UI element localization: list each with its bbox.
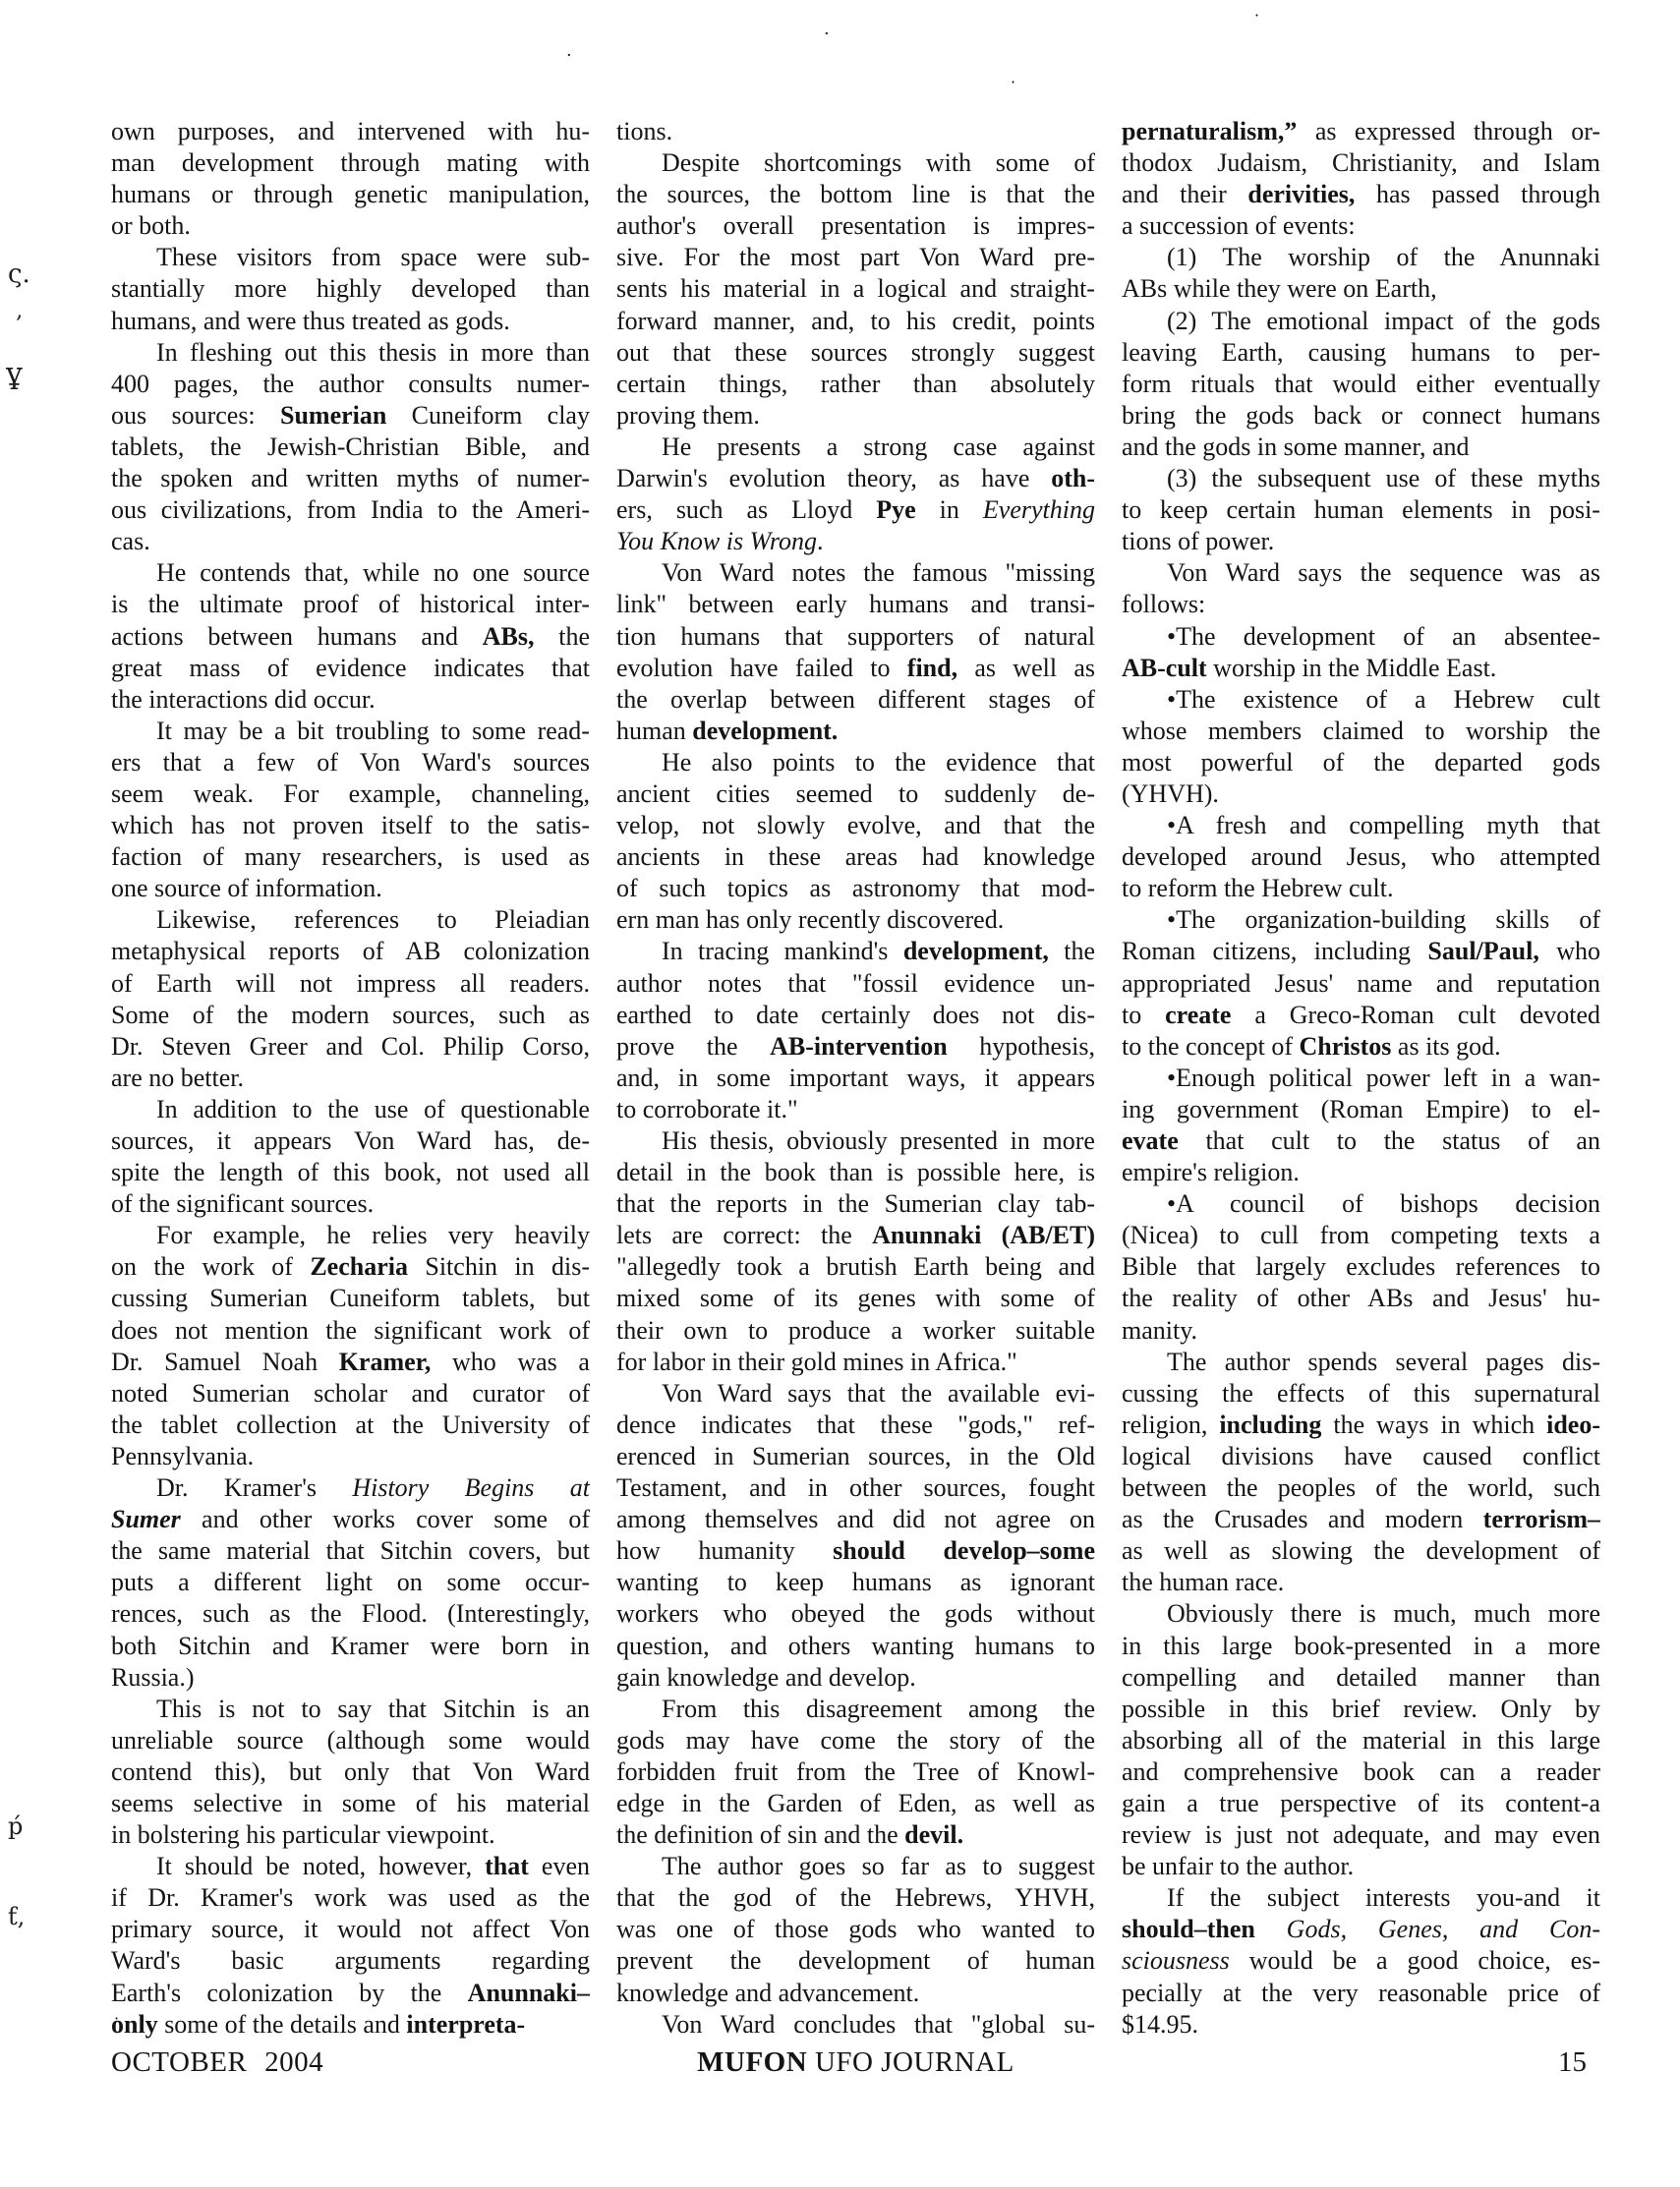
text-line: forward manner, and, to his credit, poin… (616, 306, 1095, 337)
text-line: was one of those gods who wanted to (616, 1914, 1095, 1945)
text-line: Pennsylvania. (111, 1441, 590, 1472)
text-line: tion humans that supporters of natural (616, 621, 1095, 653)
text-line: puts a different light on some occur- (111, 1567, 590, 1598)
text-line: proving them. (616, 400, 1095, 432)
text-line: to the concept of Christos as its god. (1122, 1031, 1600, 1063)
text-line: certain things, rather than absolutely (616, 369, 1095, 400)
text-line: Von Ward notes the famous "missing (616, 557, 1095, 589)
text-line: The author goes so far as to suggest (616, 1851, 1095, 1882)
text-line: (3) the subsequent use of these myths (1122, 463, 1600, 494)
text-line: the human race. (1122, 1567, 1600, 1598)
text-line: the tablet collection at the University … (111, 1410, 590, 1441)
text-line: forbidden fruit from the Tree of Knowl- (616, 1756, 1095, 1788)
text-line: link" between early humans and transi- (616, 589, 1095, 620)
text-line: ing government (Roman Empire) to el- (1122, 1094, 1600, 1125)
text-line: one source of information. (111, 873, 590, 904)
text-line: cussing the effects of this supernatural (1122, 1378, 1600, 1410)
text-line: manity. (1122, 1315, 1600, 1347)
text-line: mixed some of its genes with some of (616, 1283, 1095, 1314)
text-line: Von Ward says that the available evi- (616, 1378, 1095, 1410)
text-line: to reform the Hebrew cult. (1122, 873, 1600, 904)
text-line: pernaturalism,” as expressed through or- (1122, 116, 1600, 147)
scan-artifact: · (1570, 193, 1574, 206)
text-line: faction of many researchers, is used as (111, 841, 590, 873)
text-line: prove the AB-intervention hypothesis, (616, 1031, 1095, 1063)
scan-artifact: · (700, 1256, 704, 1270)
text-line: the definition of sin and the devil. (616, 1819, 1095, 1851)
text-line: prevent the development of human (616, 1945, 1095, 1977)
text-line: ers, such as Lloyd Pye in Everything (616, 494, 1095, 526)
text-line: Sumer and other works cover some of (111, 1504, 590, 1535)
text-line: Obviously there is much, much more (1122, 1598, 1600, 1630)
text-line: If the subject interests you-and it (1122, 1882, 1600, 1914)
text-line: on the work of Zecharia Sitchin in dis- (111, 1251, 590, 1283)
text-line: It may be a bit troubling to some read- (111, 716, 590, 747)
scan-artifact: · (114, 2011, 119, 2027)
text-line: human development. (616, 716, 1095, 747)
text-line: Roman citizens, including Saul/Paul, who (1122, 936, 1600, 967)
text-column-right: pernaturalism,” as expressed through or-… (1122, 116, 1600, 2041)
text-line: You Know is Wrong. (616, 526, 1095, 557)
text-line: contend this), but only that Von Ward (111, 1756, 590, 1788)
text-line: rences, such as the Flood. (Interestingl… (111, 1598, 590, 1630)
scan-artifact: · (824, 26, 830, 43)
text-line: most powerful of the departed gods (1122, 747, 1600, 778)
text-line: review is just not adequate, and may eve… (1122, 1819, 1600, 1851)
text-line: empire's religion. (1122, 1157, 1600, 1188)
text-line: sources, it appears Von Ward has, de- (111, 1125, 590, 1157)
text-line: humans or through genetic manipulation, (111, 179, 590, 210)
text-line: which has not proven itself to the satis… (111, 810, 590, 841)
text-line: Dr. Samuel Noah Kramer, who was a (111, 1347, 590, 1378)
text-line: seem weak. For example, channeling, (111, 778, 590, 810)
text-line: ous civilizations, from India to the Ame… (111, 494, 590, 526)
text-line: detail in the book than is possible here… (616, 1157, 1095, 1188)
text-line: author's overall presentation is impres- (616, 210, 1095, 242)
scan-artifact: ƭ, (8, 1905, 25, 1928)
text-line: Testament, and in other sources, fought (616, 1472, 1095, 1504)
scan-artifact: · (1254, 8, 1259, 24)
text-line: tablets, the Jewish-Christian Bible, and (111, 432, 590, 463)
text-line: actions between humans and ABs, the (111, 621, 590, 653)
text-line: among themselves and did not agree on (616, 1504, 1095, 1535)
text-line: in bolstering his particular viewpoint. (111, 1819, 590, 1851)
text-column-left: own purposes, and intervened with hu-man… (111, 116, 590, 2041)
text-line: Dr. Steven Greer and Col. Philip Corso, (111, 1031, 590, 1063)
text-line: does not mention the significant work of (111, 1315, 590, 1347)
text-line: are no better. (111, 1063, 590, 1094)
text-line: if Dr. Kramer's work was used as the (111, 1882, 590, 1914)
text-line: Ward's basic arguments regarding (111, 1945, 590, 1977)
text-line: •The organization-building skills of (1122, 904, 1600, 936)
text-line: Von Ward says the sequence was as (1122, 557, 1600, 589)
text-line: Darwin's evolution theory, as have oth- (616, 463, 1095, 494)
text-line: His thesis, obviously presented in more (616, 1125, 1095, 1157)
text-line: to keep certain human elements in posi- (1122, 494, 1600, 526)
footer-issue-date: OCTOBER 2004 (111, 2046, 323, 2079)
text-line: $14.95. (1122, 2009, 1600, 2041)
text-line: primary source, it would not affect Von (111, 1914, 590, 1945)
text-column-center: tions.Despite shortcomings with some oft… (616, 116, 1095, 2041)
text-line: (Nicea) to cull from competing texts a (1122, 1220, 1600, 1251)
text-line: evate that cult to the status of an (1122, 1125, 1600, 1157)
text-line: and comprehensive book can a reader (1122, 1756, 1600, 1788)
text-line: cas. (111, 526, 590, 557)
text-line: as the Crusades and modern terrorism– (1122, 1504, 1600, 1535)
text-line: velop, not slowly evolve, and that the (616, 810, 1095, 841)
text-line: question, and others wanting humans to (616, 1631, 1095, 1662)
text-line: gain a true perspective of its content-a (1122, 1788, 1600, 1819)
text-line: workers who obeyed the gods without (616, 1598, 1095, 1630)
text-line: cussing Sumerian Cuneiform tablets, but (111, 1283, 590, 1314)
text-line: the sources, the bottom line is that the (616, 179, 1095, 210)
text-line: Likewise, references to Pleiadian (111, 904, 590, 936)
text-line: ers that a few of Von Ward's sources (111, 747, 590, 778)
text-line: dence indicates that these "gods," ref- (616, 1410, 1095, 1441)
text-line: logical divisions have caused conflict (1122, 1441, 1600, 1472)
text-line: ancients in these areas had knowledge (616, 841, 1095, 873)
text-line: pecially at the very reasonable price of (1122, 1978, 1600, 2009)
text-line: He also points to the evidence that (616, 747, 1095, 778)
text-line: metaphysical reports of AB colonization (111, 936, 590, 967)
scan-artifact: · (1011, 75, 1015, 90)
page-footer: OCTOBER 2004 MUFON UFO JOURNAL 15 (0, 2046, 1680, 2090)
text-line: should–then Gods, Genes, and Con- (1122, 1914, 1600, 1945)
text-line: In tracing mankind's development, the (616, 936, 1095, 967)
text-line: He presents a strong case against (616, 432, 1095, 463)
text-line: (2) The emotional impact of the gods (1122, 306, 1600, 337)
text-line: Russia.) (111, 1662, 590, 1694)
magazine-page: own purposes, and intervened with hu-man… (0, 0, 1680, 2187)
text-line: ABs while they were on Earth, (1122, 273, 1600, 305)
text-line: man development through mating with (111, 147, 590, 179)
text-line: whose members claimed to worship the (1122, 716, 1600, 747)
text-line: knowledge and advancement. (616, 1978, 1095, 2009)
text-line: evolution have failed to find, as well a… (616, 653, 1095, 684)
text-line: lets are correct: the Anunnaki (AB/ET) (616, 1220, 1095, 1251)
text-line: the reality of other ABs and Jesus' hu- (1122, 1283, 1600, 1314)
text-line: These visitors from space were sub- (111, 242, 590, 273)
text-line: ern man has only recently discovered. (616, 904, 1095, 936)
text-line: great mass of evidence indicates that (111, 653, 590, 684)
text-line: unreliable source (although some would (111, 1725, 590, 1756)
text-line: as well as slowing the development of (1122, 1535, 1600, 1567)
text-line: earthed to date certainly does not dis- (616, 1000, 1095, 1031)
text-line: a succession of events: (1122, 210, 1600, 242)
footer-page-number: 15 (1122, 2046, 1600, 2079)
text-line: author notes that "fossil evidence un- (616, 968, 1095, 1000)
text-line: religion, including the ways in which id… (1122, 1410, 1600, 1441)
scan-artifact: · (566, 47, 572, 65)
text-line: and their derivities, has passed through (1122, 179, 1600, 210)
journal-name-bold: MUFON (697, 2046, 807, 2078)
text-line: between the peoples of the world, such (1122, 1472, 1600, 1504)
text-line: own purposes, and intervened with hu- (111, 116, 590, 147)
text-line: is the ultimate proof of historical inte… (111, 589, 590, 620)
text-line: erenced in Sumerian sources, in the Old (616, 1441, 1095, 1472)
text-line: for labor in their gold mines in Africa.… (616, 1347, 1095, 1378)
scan-artifact: ұ (6, 360, 23, 389)
text-line: •The development of an absentee- (1122, 621, 1600, 653)
text-line: the spoken and written myths of numer- (111, 463, 590, 494)
scan-artifact: ς. (8, 261, 30, 287)
text-line: AB-cult worship in the Middle East. (1122, 653, 1600, 684)
text-line: thodox Judaism, Christianity, and Islam (1122, 147, 1600, 179)
text-line: He contends that, while no one source (111, 557, 590, 589)
text-line: gain knowledge and develop. (616, 1662, 1095, 1694)
text-line: (1) The worship of the Anunnaki (1122, 242, 1600, 273)
text-line: appropriated Jesus' name and reputation (1122, 968, 1600, 1000)
text-line: seems selective in some of his material (111, 1788, 590, 1819)
text-line: the interactions did occur. (111, 684, 590, 716)
text-line: Dr. Kramer's History Begins at (111, 1472, 590, 1504)
text-line: bring the gods back or connect humans (1122, 400, 1600, 432)
text-line: the overlap between different stages of (616, 684, 1095, 716)
text-line: This is not to say that Sitchin is an (111, 1694, 590, 1725)
text-line: form rituals that would either eventuall… (1122, 369, 1600, 400)
text-line: (YHVH). (1122, 778, 1600, 810)
text-line: Bible that largely excludes references t… (1122, 1251, 1600, 1283)
text-line: that the reports in the Sumerian clay ta… (616, 1188, 1095, 1220)
text-line: possible in this brief review. Only by (1122, 1694, 1600, 1725)
text-line: noted Sumerian scholar and curator of (111, 1378, 590, 1410)
text-line: •A fresh and compelling myth that (1122, 810, 1600, 841)
text-line: only some of the details and interpreta- (111, 2009, 590, 2041)
journal-name-rest: UFO JOURNAL (807, 2046, 1014, 2078)
text-line: The author spends several pages dis- (1122, 1347, 1600, 1378)
text-line: of the significant sources. (111, 1188, 590, 1220)
text-line: •A council of bishops decision (1122, 1188, 1600, 1220)
text-line: or both. (111, 210, 590, 242)
text-line: sents his material in a logical and stra… (616, 273, 1095, 305)
footer-journal-title: MUFON UFO JOURNAL (616, 2046, 1095, 2079)
text-line: spite the length of this book, not used … (111, 1157, 590, 1188)
text-line: to create a Greco-Roman cult devoted (1122, 1000, 1600, 1031)
text-line: ous sources: Sumerian Cuneiform clay (111, 400, 590, 432)
text-line: tions. (616, 116, 1095, 147)
text-line: of such topics as astronomy that mod- (616, 873, 1095, 904)
text-line: sive. For the most part Von Ward pre- (616, 242, 1095, 273)
text-line: "allegedly took a brutish Earth being an… (616, 1251, 1095, 1283)
text-line: tions of power. (1122, 526, 1600, 557)
text-line: •Enough political power left in a wan- (1122, 1063, 1600, 1094)
text-line: In addition to the use of questionable (111, 1094, 590, 1125)
scan-artifact: ‚ (16, 301, 23, 322)
text-line: both Sitchin and Kramer were born in (111, 1631, 590, 1662)
text-line: and, in some important ways, it appears (616, 1063, 1095, 1094)
text-line: Von Ward concludes that "global su- (616, 2009, 1095, 2041)
text-line: to corroborate it." (616, 1094, 1095, 1125)
text-line: Earth's colonization by the Anunnaki– (111, 1978, 590, 2009)
text-line: wanting to keep humans as ignorant (616, 1567, 1095, 1598)
text-line: •The existence of a Hebrew cult (1122, 684, 1600, 716)
text-line: ancient cities seemed to suddenly de- (616, 778, 1095, 810)
text-line: follows: (1122, 589, 1600, 620)
text-line: sciousness would be a good choice, es- (1122, 1945, 1600, 1977)
text-line: Despite shortcomings with some of (616, 147, 1095, 179)
text-line: the same material that Sitchin covers, b… (111, 1535, 590, 1567)
text-line: compelling and detailed manner than (1122, 1662, 1600, 1694)
scan-artifact: ṕ (8, 1814, 23, 1838)
text-line: be unfair to the author. (1122, 1851, 1600, 1882)
text-line: and the gods in some manner, and (1122, 432, 1600, 463)
text-line: leaving Earth, causing humans to per- (1122, 337, 1600, 369)
text-line: gods may have come the story of the (616, 1725, 1095, 1756)
text-line: For example, he relies very heavily (111, 1220, 590, 1251)
text-line: developed around Jesus, who attempted (1122, 841, 1600, 873)
text-line: stantially more highly developed than (111, 273, 590, 305)
text-line: In fleshing out this thesis in more than (111, 337, 590, 369)
text-line: From this disagreement among the (616, 1694, 1095, 1725)
text-line: in this large book-presented in a more (1122, 1631, 1600, 1662)
text-line: that the god of the Hebrews, YHVH, (616, 1882, 1095, 1914)
text-line: edge in the Garden of Eden, as well as (616, 1788, 1095, 1819)
text-line: their own to produce a worker suitable (616, 1315, 1095, 1347)
text-line: how humanity should develop–some (616, 1535, 1095, 1567)
text-line: Some of the modern sources, such as (111, 1000, 590, 1031)
text-line: 400 pages, the author consults numer- (111, 369, 590, 400)
text-line: out that these sources strongly suggest (616, 337, 1095, 369)
text-line: humans, and were thus treated as gods. (111, 306, 590, 337)
text-line: of Earth will not impress all readers. (111, 968, 590, 1000)
text-line: absorbing all of the material in this la… (1122, 1725, 1600, 1756)
text-line: It should be noted, however, that even (111, 1851, 590, 1882)
